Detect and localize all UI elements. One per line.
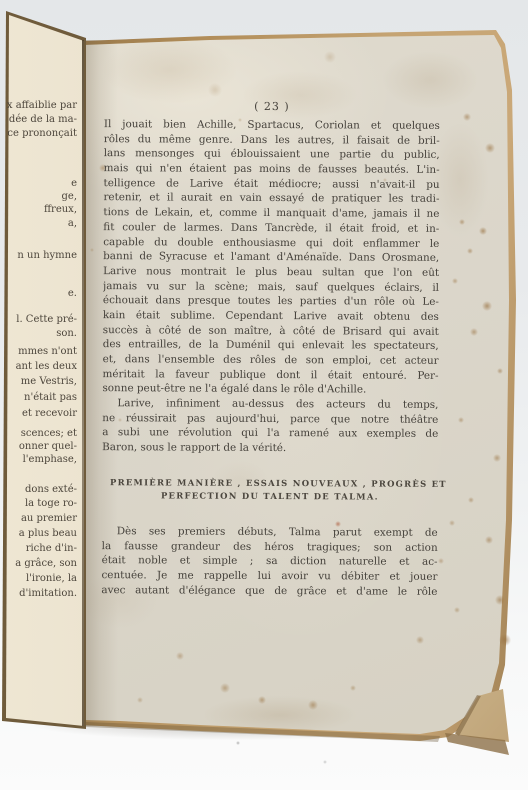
text-line: Larive, infiniment au-dessus des acteurs… xyxy=(102,396,438,412)
text-line: et, dans l'ensemble des rôles de son emp… xyxy=(103,352,439,368)
left-page-fragment: a grâce, son xyxy=(15,558,77,570)
text-line: centuée. Je me rappelle lui avoir vu déb… xyxy=(101,568,437,584)
text-line: mais qui n'en étaient pas moins de fauss… xyxy=(104,161,440,177)
left-page-fragment: et recevoir xyxy=(22,408,77,420)
left-page-fragment: ant les deux xyxy=(16,361,77,373)
left-page-fragment: scences; et xyxy=(21,428,77,440)
text-line: Il jouait bien Achille, Spartacus, Corio… xyxy=(104,117,440,133)
text-line: échouait dans presque toutes les parties… xyxy=(103,293,439,309)
paragraph: Dès ses premiers débuts, Talma parut exe… xyxy=(101,524,437,599)
text-line: Baron, sous le rapport de la vérité. xyxy=(102,440,438,456)
heading-line: PREMIÈRE MANIÈRE , ESSAIS NOUVEAUX , PRO… xyxy=(110,476,430,491)
left-page-fragment: n'était pas xyxy=(24,392,77,404)
left-page-fragment: e. xyxy=(68,288,77,300)
paragraph: Larive, infiniment au-dessus des acteurs… xyxy=(102,396,438,457)
heading-line: PERFECTION DU TALENT DE TALMA. xyxy=(110,489,430,504)
left-page-fragment: la toge ro- xyxy=(25,498,77,510)
left-page-fragment: a, xyxy=(68,218,77,230)
section-heading: PREMIÈRE MANIÈRE , ESSAIS NOUVEAUX , PRO… xyxy=(110,476,430,504)
text-line: Dès ses premiers débuts, Talma parut exe… xyxy=(102,524,438,540)
left-page-fragment: dée de la ma- xyxy=(9,114,77,126)
paragraph: Il jouait bien Achille, Spartacus, Corio… xyxy=(102,117,439,398)
text-line: Larive nous montrait le plus beau sultan… xyxy=(103,264,439,280)
text-blocks: Il jouait bien Achille, Spartacus, Corio… xyxy=(101,117,440,599)
left-page-fragment: l'ironie, la xyxy=(26,573,77,585)
left-page-fragment: a plus beau xyxy=(19,528,77,540)
left-page-fragment: l. Cette pré- xyxy=(16,314,77,326)
left-page-text: x affaiblie pardée de la ma-ce prononçai… xyxy=(0,0,81,790)
book-photo: ( 23 ) Il jouait bien Achille, Spartacus… xyxy=(0,0,528,790)
left-page-fragment: ffreux, xyxy=(44,204,77,216)
left-page-fragment: x affaiblie par xyxy=(7,100,77,112)
text-line: banni de Syracuse et l'amant d'Aménaïde.… xyxy=(103,249,439,265)
text-line: fit couler de larmes. Dans Tancrède, il … xyxy=(103,220,439,236)
left-page-fragment: n un hymne xyxy=(17,250,77,262)
left-page-fragment: au premier xyxy=(21,513,77,525)
left-page-fragment: son. xyxy=(56,328,77,340)
left-page-fragment: me Vestris, xyxy=(21,376,77,388)
gutter xyxy=(82,40,84,726)
page-number: ( 23 ) xyxy=(104,98,440,115)
text-line: avec autant d'élégance que de grâce et d… xyxy=(101,583,437,599)
left-page-fragment: onner quel- xyxy=(19,441,77,453)
left-page-fragment: ge, xyxy=(62,191,78,203)
page-content: ( 23 ) Il jouait bien Achille, Spartacus… xyxy=(101,98,440,599)
left-page-fragment: mmes n'ont xyxy=(18,346,77,358)
text-line: était noble et simple ; sa diction natur… xyxy=(102,553,438,569)
left-page-fragment: ce prononçait xyxy=(7,128,77,140)
left-page-fragment: e xyxy=(71,178,77,190)
text-line: tions de Lekain, et, comme il manquait d… xyxy=(103,205,439,221)
left-page-fragment: d'imitation. xyxy=(19,588,77,600)
left-page-fragment: dons exté- xyxy=(25,484,77,496)
text-line: kain était sublime. Cependant Larive ava… xyxy=(103,308,439,324)
left-page-fragment: riche d'in- xyxy=(26,543,77,555)
left-page-fragment: l'emphase, xyxy=(23,454,77,466)
